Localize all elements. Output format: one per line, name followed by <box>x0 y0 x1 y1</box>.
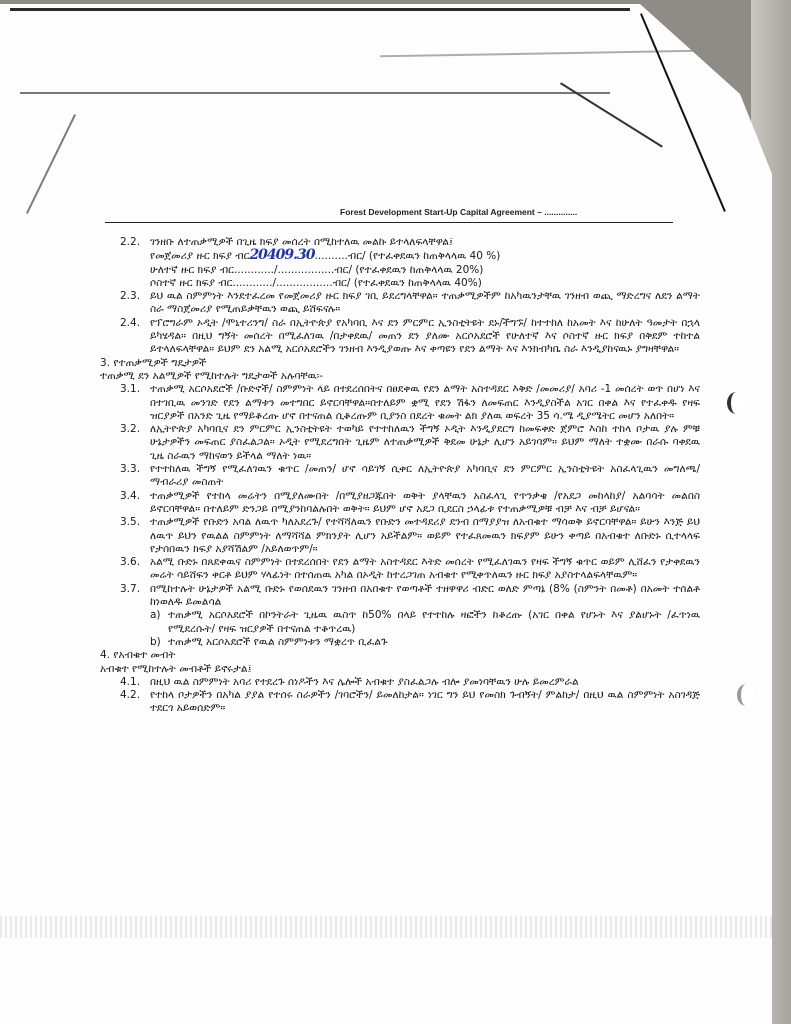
clause-3-1: 3.1. ተጠቃሚ አርሶአደሮች /ቡድኖች/ ስምምነት ላይ በተደረሰበ… <box>120 383 700 423</box>
clause-2-2: 2.2. ገንዘቡ ለተጠቃሚዎች በጊዜ ክፍያ መሰረት በሚከተለዉ መል… <box>120 236 700 290</box>
clause-number: 2.2. <box>120 236 150 290</box>
section-3-heading: 3. የተጠቃሚዎች ግዴታዎች <box>100 357 700 370</box>
clause-3-4: 3.4. ተጠቃሚዎች የተከላ መሬትን በሚያለሙበት /በሚያዘጋጁበት … <box>120 490 700 517</box>
page-edge <box>10 8 630 11</box>
punch-hole <box>727 392 745 414</box>
scan-noise-band <box>0 916 772 938</box>
page-fold-line <box>640 13 726 212</box>
section-4-heading: 4. የአብቁተ መብት <box>100 649 700 662</box>
stray-mark <box>26 114 76 214</box>
payment-line-2: ሁለተኛ ዙር ክፍያ ብር............/.............… <box>150 264 700 277</box>
clause-text: የተከላ ቦታዎችን በአካል ያያል የተሰሩ ስራዎችን /ገባሮችን/ ይ… <box>150 689 700 716</box>
clause-2-4: 2.4. የፕሮግራም ኦዲት /ሞኒተሪንግ/ ስራ በኢትዮጵያ የአካባቢ… <box>120 317 700 357</box>
header-rule <box>105 222 673 223</box>
clause-3-7: 3.7. በሚከተሉት ሁኔታዎች አልሚ ቡድኑ የወሰደዉን ገንዘብ በአ… <box>120 583 700 649</box>
clause-3-6: 3.6. አልሚ ቡድኑ በጸደቀዉና ስምምነት በተደረሰበት የደን ልማ… <box>120 556 700 583</box>
running-header: Forest Development Start-Up Capital Agre… <box>340 207 577 217</box>
page-fold-line <box>560 82 663 147</box>
clause-text: የፕሮግራም ኦዲት /ሞኒተሪንግ/ ስራ በኢትዮጵያ የአካባቢ እና ደ… <box>150 317 700 357</box>
clause-4-1: 4.1. በዚህ ዉል ስምምነት አባሪ የተደረጉ ሰነዶችን እና ሌሎች… <box>120 676 700 689</box>
bleed-through-line <box>20 92 610 94</box>
clause-3-3: 3.3. የተተከለዉ ችግኝ የሚፈለገዉን ቁጥር /መጠን/ ሆኖ ሳይገ… <box>120 463 700 490</box>
punch-hole <box>737 684 755 706</box>
bleed-through-line <box>380 49 760 58</box>
clause-3-2: 3.2. ለኢትዮጵያ አካባቢና ደን ምርምር ኢንስቲትዩት ተወካይ የ… <box>120 423 700 463</box>
clause-text: በዚህ ዉል ስምምነት አባሪ የተደረጉ ሰነዶችን እና ሌሎች አብቁተ… <box>150 676 700 689</box>
clause-number: 2.3. <box>120 290 150 317</box>
payment-line-3: ሶስተኛ ዙር ክፍያ ብር............/.............… <box>150 277 700 290</box>
clause-text: ለኢትዮጵያ አካባቢና ደን ምርምር ኢንስቲትዩት ተወካይ የተተከለዉ… <box>150 423 700 463</box>
clause-3-5: 3.5. ተጠቃሚዎች የቡድን አባል ለዉጥ ካለአደረጉ/ የተሻሻለዉን… <box>120 516 700 556</box>
clause-text: በሚከተሉት ሁኔታዎች አልሚ ቡድኑ የወሰደዉን ገንዘብ በአበቁተ የ… <box>150 583 700 610</box>
subclause-a: a) ተጠቃሚ አርሶአደሮች በኮንትራት ጊዜዉ ዉስጥ ከ50% በላይ … <box>150 609 700 636</box>
payment-line-1: የመጀመሪያ ዙር ክፍያ ብር20409.30..........ብር/ (የ… <box>150 249 700 263</box>
subclause-b: b) ተጠቃሚ አርሶአደሮች የዉል ስምምነቱን ማቋረጥ ቢፈልጉ <box>150 636 700 649</box>
clause-number: 2.4. <box>120 317 150 357</box>
clause-text: ይህ ዉል ስምምነት እንደተፈረመ የመጀመሪያ ዙር ክፍያ ገቢ ይደረ… <box>150 290 700 317</box>
clause-4-2: 4.2. የተከላ ቦታዎችን በአካል ያያል የተሰሩ ስራዎችን /ገባሮ… <box>120 689 700 716</box>
clause-text: ገንዘቡ ለተጠቃሚዎች በጊዜ ክፍያ መሰረት በሚከተለዉ መልኩ ይተላ… <box>150 236 700 249</box>
clause-text: አልሚ ቡድኑ በጸደቀዉና ስምምነት በተደረሰበት የደን ልማት አስተ… <box>150 556 700 583</box>
document-body: 2.2. ገንዘቡ ለተጠቃሚዎች በጊዜ ክፍያ መሰረት በሚከተለዉ መል… <box>100 236 700 716</box>
clause-text: ተጠቃሚዎች የተከላ መሬትን በሚያለሙበት /በሚያዘጋጁበት ወቅት ያ… <box>150 490 700 517</box>
clause-2-3: 2.3. ይህ ዉል ስምምነት እንደተፈረመ የመጀመሪያ ዙር ክፍያ ገ… <box>120 290 700 317</box>
clause-text: የተተከለዉ ችግኝ የሚፈለገዉን ቁጥር /መጠን/ ሆኖ ሳይገኝ ሲቀር… <box>150 463 700 490</box>
clause-text: ተጠቃሚዎች የቡድን አባል ለዉጥ ካለአደረጉ/ የተሻሻለዉን የቡድን… <box>150 516 700 556</box>
section-4-intro: አብቁተ የሚከተሉት መብቶች ይኖሩታል፤ <box>100 663 700 676</box>
section-3-intro: ተጠቃሚ ደን አልሚዎች የሚከተሉት ግዴታወች አሉባቸዉ፡- <box>100 370 700 383</box>
handwritten-amount: 20409.30 <box>249 247 314 263</box>
clause-text: ተጠቃሚ አርሶአደሮች /ቡድኖች/ ስምምነት ላይ በተደረሰበትና በፀ… <box>150 383 700 423</box>
